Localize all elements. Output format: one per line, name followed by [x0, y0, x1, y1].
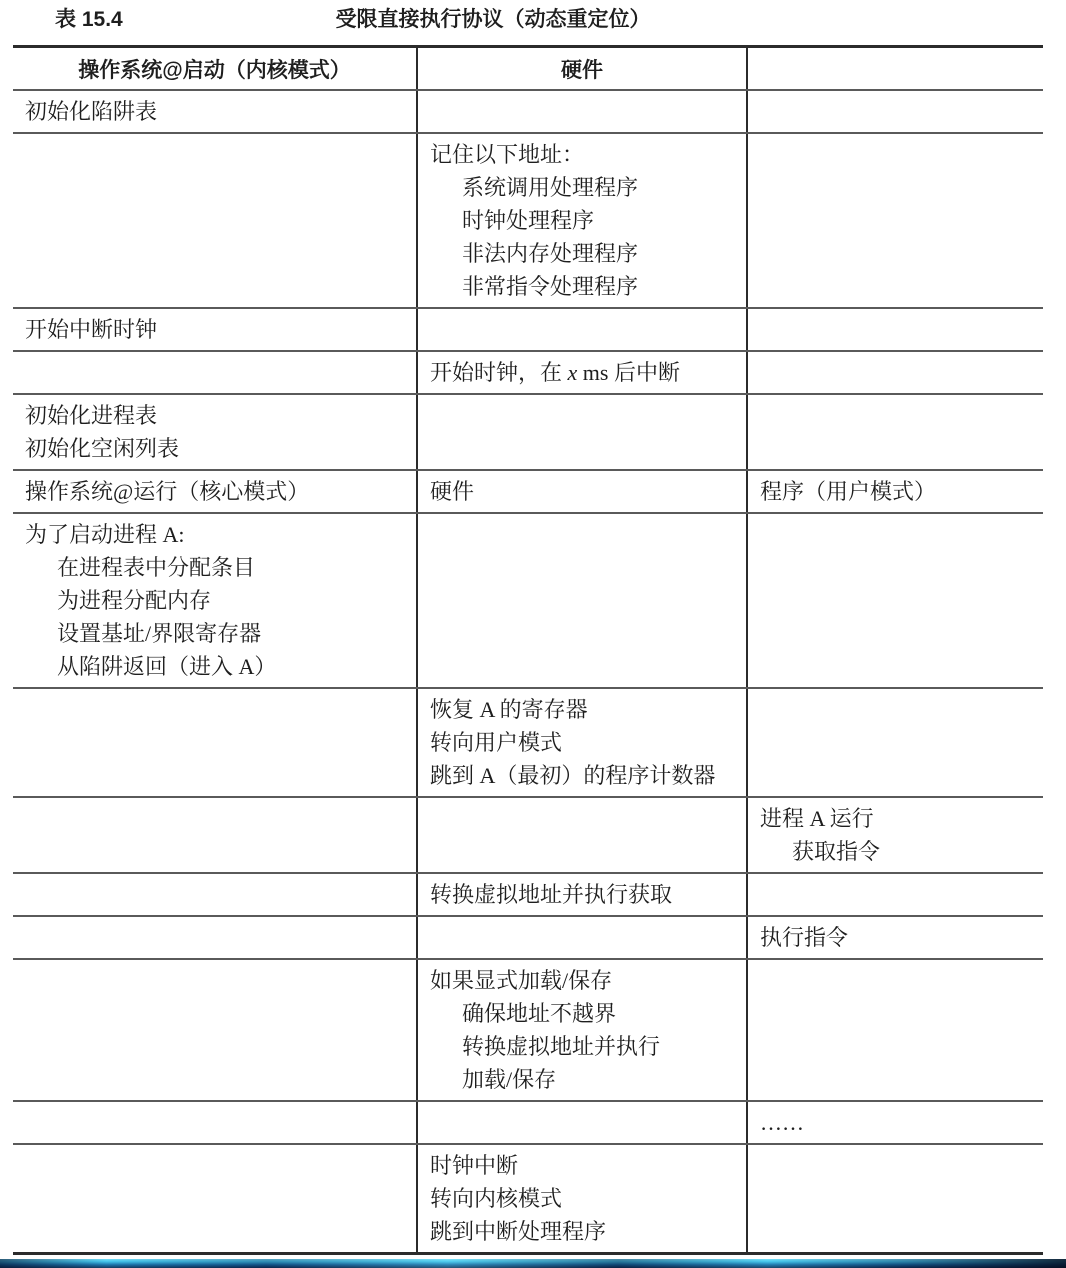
text-segment: 开始时钟，在: [430, 360, 568, 385]
cell-hw-col: [417, 513, 747, 688]
cell-os-col: [13, 1144, 417, 1254]
table-row: 时钟中断 转向内核模式 跳到中断处理程序: [13, 1144, 1043, 1254]
text-line: 转换虚拟地址并执行: [430, 1030, 732, 1063]
cell-os-col: [13, 1101, 417, 1144]
cell-prog-col: [747, 688, 1043, 797]
text-line: 硬件: [430, 475, 732, 508]
cell-os-col: 初始化陷阱表: [13, 90, 417, 133]
table-row: 初始化进程表 初始化空闲列表: [13, 394, 1043, 470]
cell-hw-col: [417, 90, 747, 133]
table-row: 如果显式加载/保存 确保地址不越界 转换虚拟地址并执行 加载/保存: [13, 959, 1043, 1101]
text-line: 操作系统@运行（核心模式）: [25, 475, 402, 508]
table-row: 转换虚拟地址并执行获取: [13, 873, 1043, 916]
cell-os-col: 开始中断时钟: [13, 308, 417, 351]
text-line: 为进程分配内存: [25, 584, 402, 617]
cell-hw-col: [417, 308, 747, 351]
cell-os-col: 为了启动进程 A: 在进程表中分配条目 为进程分配内存 设置基址/界限寄存器 从…: [13, 513, 417, 688]
cell-hw-col: 记住以下地址： 系统调用处理程序 时钟处理程序 非法内存处理程序 非常指令处理程…: [417, 133, 747, 308]
text-line: 时钟处理程序: [430, 204, 732, 237]
text-line: 恢复 A 的寄存器: [430, 693, 732, 726]
cell-os-col: [13, 873, 417, 916]
text-line: 系统调用处理程序: [430, 171, 732, 204]
cell-os-col: 初始化进程表 初始化空闲列表: [13, 394, 417, 470]
cell-os-col: [13, 688, 417, 797]
cell-os-col: [13, 797, 417, 873]
text-line: 初始化进程表: [25, 399, 402, 432]
text-line: 从陷阱返回（进入 A）: [25, 650, 402, 683]
header-row: 操作系统@启动（内核模式） 硬件: [13, 47, 1043, 91]
header-cell-empty: [747, 47, 1043, 91]
cell-hw-col: 恢复 A 的寄存器 转向用户模式 跳到 A（最初）的程序计数器: [417, 688, 747, 797]
text-line: 为了启动进程 A:: [25, 518, 402, 551]
table-row: 开始时钟，在 x ms 后中断: [13, 351, 1043, 394]
table-row: 为了启动进程 A: 在进程表中分配条目 为进程分配内存 设置基址/界限寄存器 从…: [13, 513, 1043, 688]
text-line: 加载/保存: [430, 1063, 732, 1096]
italic-variable: x: [568, 360, 578, 385]
text-segment: ms 后中断: [577, 360, 680, 385]
cell-prog-col: [747, 873, 1043, 916]
table-caption: 表 15.4 受限直接执行协议（动态重定位）: [0, 0, 1066, 45]
text-line: 时钟中断: [430, 1149, 732, 1182]
text-line: 如果显式加载/保存: [430, 964, 732, 997]
table-row: 初始化陷阱表: [13, 90, 1043, 133]
text-line: 设置基址/界限寄存器: [25, 617, 402, 650]
cell-os-col: [13, 351, 417, 394]
table-row: 记住以下地址： 系统调用处理程序 时钟处理程序 非法内存处理程序 非常指令处理程…: [13, 133, 1043, 308]
cell-prog-col: 执行指令: [747, 916, 1043, 959]
cell-hw-col: 转换虚拟地址并执行获取: [417, 873, 747, 916]
text-line: 在进程表中分配条目: [25, 551, 402, 584]
table-title: 受限直接执行协议（动态重定位）: [0, 5, 986, 35]
text-line: 获取指令: [760, 835, 1029, 868]
text-line: 进程 A 运行: [760, 802, 1029, 835]
protocol-table: 操作系统@启动（内核模式） 硬件 初始化陷阱表 记住以下地址： 系统调用处理程序…: [13, 45, 1043, 1255]
cell-prog-col: [747, 133, 1043, 308]
cell-os-col: [13, 959, 417, 1101]
cell-prog-col: [747, 394, 1043, 470]
cell-hw-col: 如果显式加载/保存 确保地址不越界 转换虚拟地址并执行 加载/保存: [417, 959, 747, 1101]
text-line: 转换虚拟地址并执行获取: [430, 878, 732, 911]
text-line: 初始化陷阱表: [25, 95, 402, 128]
cell-prog-col: ……: [747, 1101, 1043, 1144]
text-line: 非常指令处理程序: [430, 270, 732, 303]
cell-hw-col: 开始时钟，在 x ms 后中断: [417, 351, 747, 394]
cell-prog-col: [747, 351, 1043, 394]
cell-prog-col: [747, 513, 1043, 688]
cell-hw-col: 硬件: [417, 470, 747, 513]
cell-hw-col: [417, 394, 747, 470]
text-line: 开始时钟，在 x ms 后中断: [430, 356, 732, 389]
text-line: 跳到 A（最初）的程序计数器: [430, 759, 732, 792]
text-line: 程序（用户模式）: [760, 475, 1029, 508]
text-line: 确保地址不越界: [430, 997, 732, 1030]
text-line: 跳到中断处理程序: [430, 1215, 732, 1248]
cell-os-col: 操作系统@运行（核心模式）: [13, 470, 417, 513]
table-row: 执行指令: [13, 916, 1043, 959]
text-line: 非法内存处理程序: [430, 237, 732, 270]
text-line: 转向用户模式: [430, 726, 732, 759]
cell-prog-col: [747, 1144, 1043, 1254]
table-row: 恢复 A 的寄存器 转向用户模式 跳到 A（最初）的程序计数器: [13, 688, 1043, 797]
text-line: 初始化空闲列表: [25, 432, 402, 465]
cell-hw-col: [417, 797, 747, 873]
text-line: 执行指令: [760, 921, 1029, 954]
cell-hw-col: 时钟中断 转向内核模式 跳到中断处理程序: [417, 1144, 747, 1254]
cell-prog-col: [747, 90, 1043, 133]
ellipsis-line: ……: [760, 1106, 1029, 1139]
text-line: 转向内核模式: [430, 1182, 732, 1215]
cell-prog-col: 程序（用户模式）: [747, 470, 1043, 513]
cell-os-col: [13, 133, 417, 308]
cell-prog-col: [747, 959, 1043, 1101]
table-row: 进程 A 运行 获取指令: [13, 797, 1043, 873]
text-line: 开始中断时钟: [25, 313, 402, 346]
table-row: 开始中断时钟: [13, 308, 1043, 351]
cell-os-col: [13, 916, 417, 959]
table-row: ……: [13, 1101, 1043, 1144]
page-edge-strip: [0, 1259, 1066, 1268]
cell-prog-col: [747, 308, 1043, 351]
header-cell-hardware: 硬件: [417, 47, 747, 91]
cell-hw-col: [417, 1101, 747, 1144]
header-cell-os-boot: 操作系统@启动（内核模式）: [13, 47, 417, 91]
book-page: 表 15.4 受限直接执行协议（动态重定位） 操作系统@启动（内核模式） 硬件 …: [0, 0, 1066, 1268]
mid-header-row: 操作系统@运行（核心模式） 硬件 程序（用户模式）: [13, 470, 1043, 513]
cell-hw-col: [417, 916, 747, 959]
text-line: 记住以下地址：: [430, 138, 732, 171]
cell-prog-col: 进程 A 运行 获取指令: [747, 797, 1043, 873]
